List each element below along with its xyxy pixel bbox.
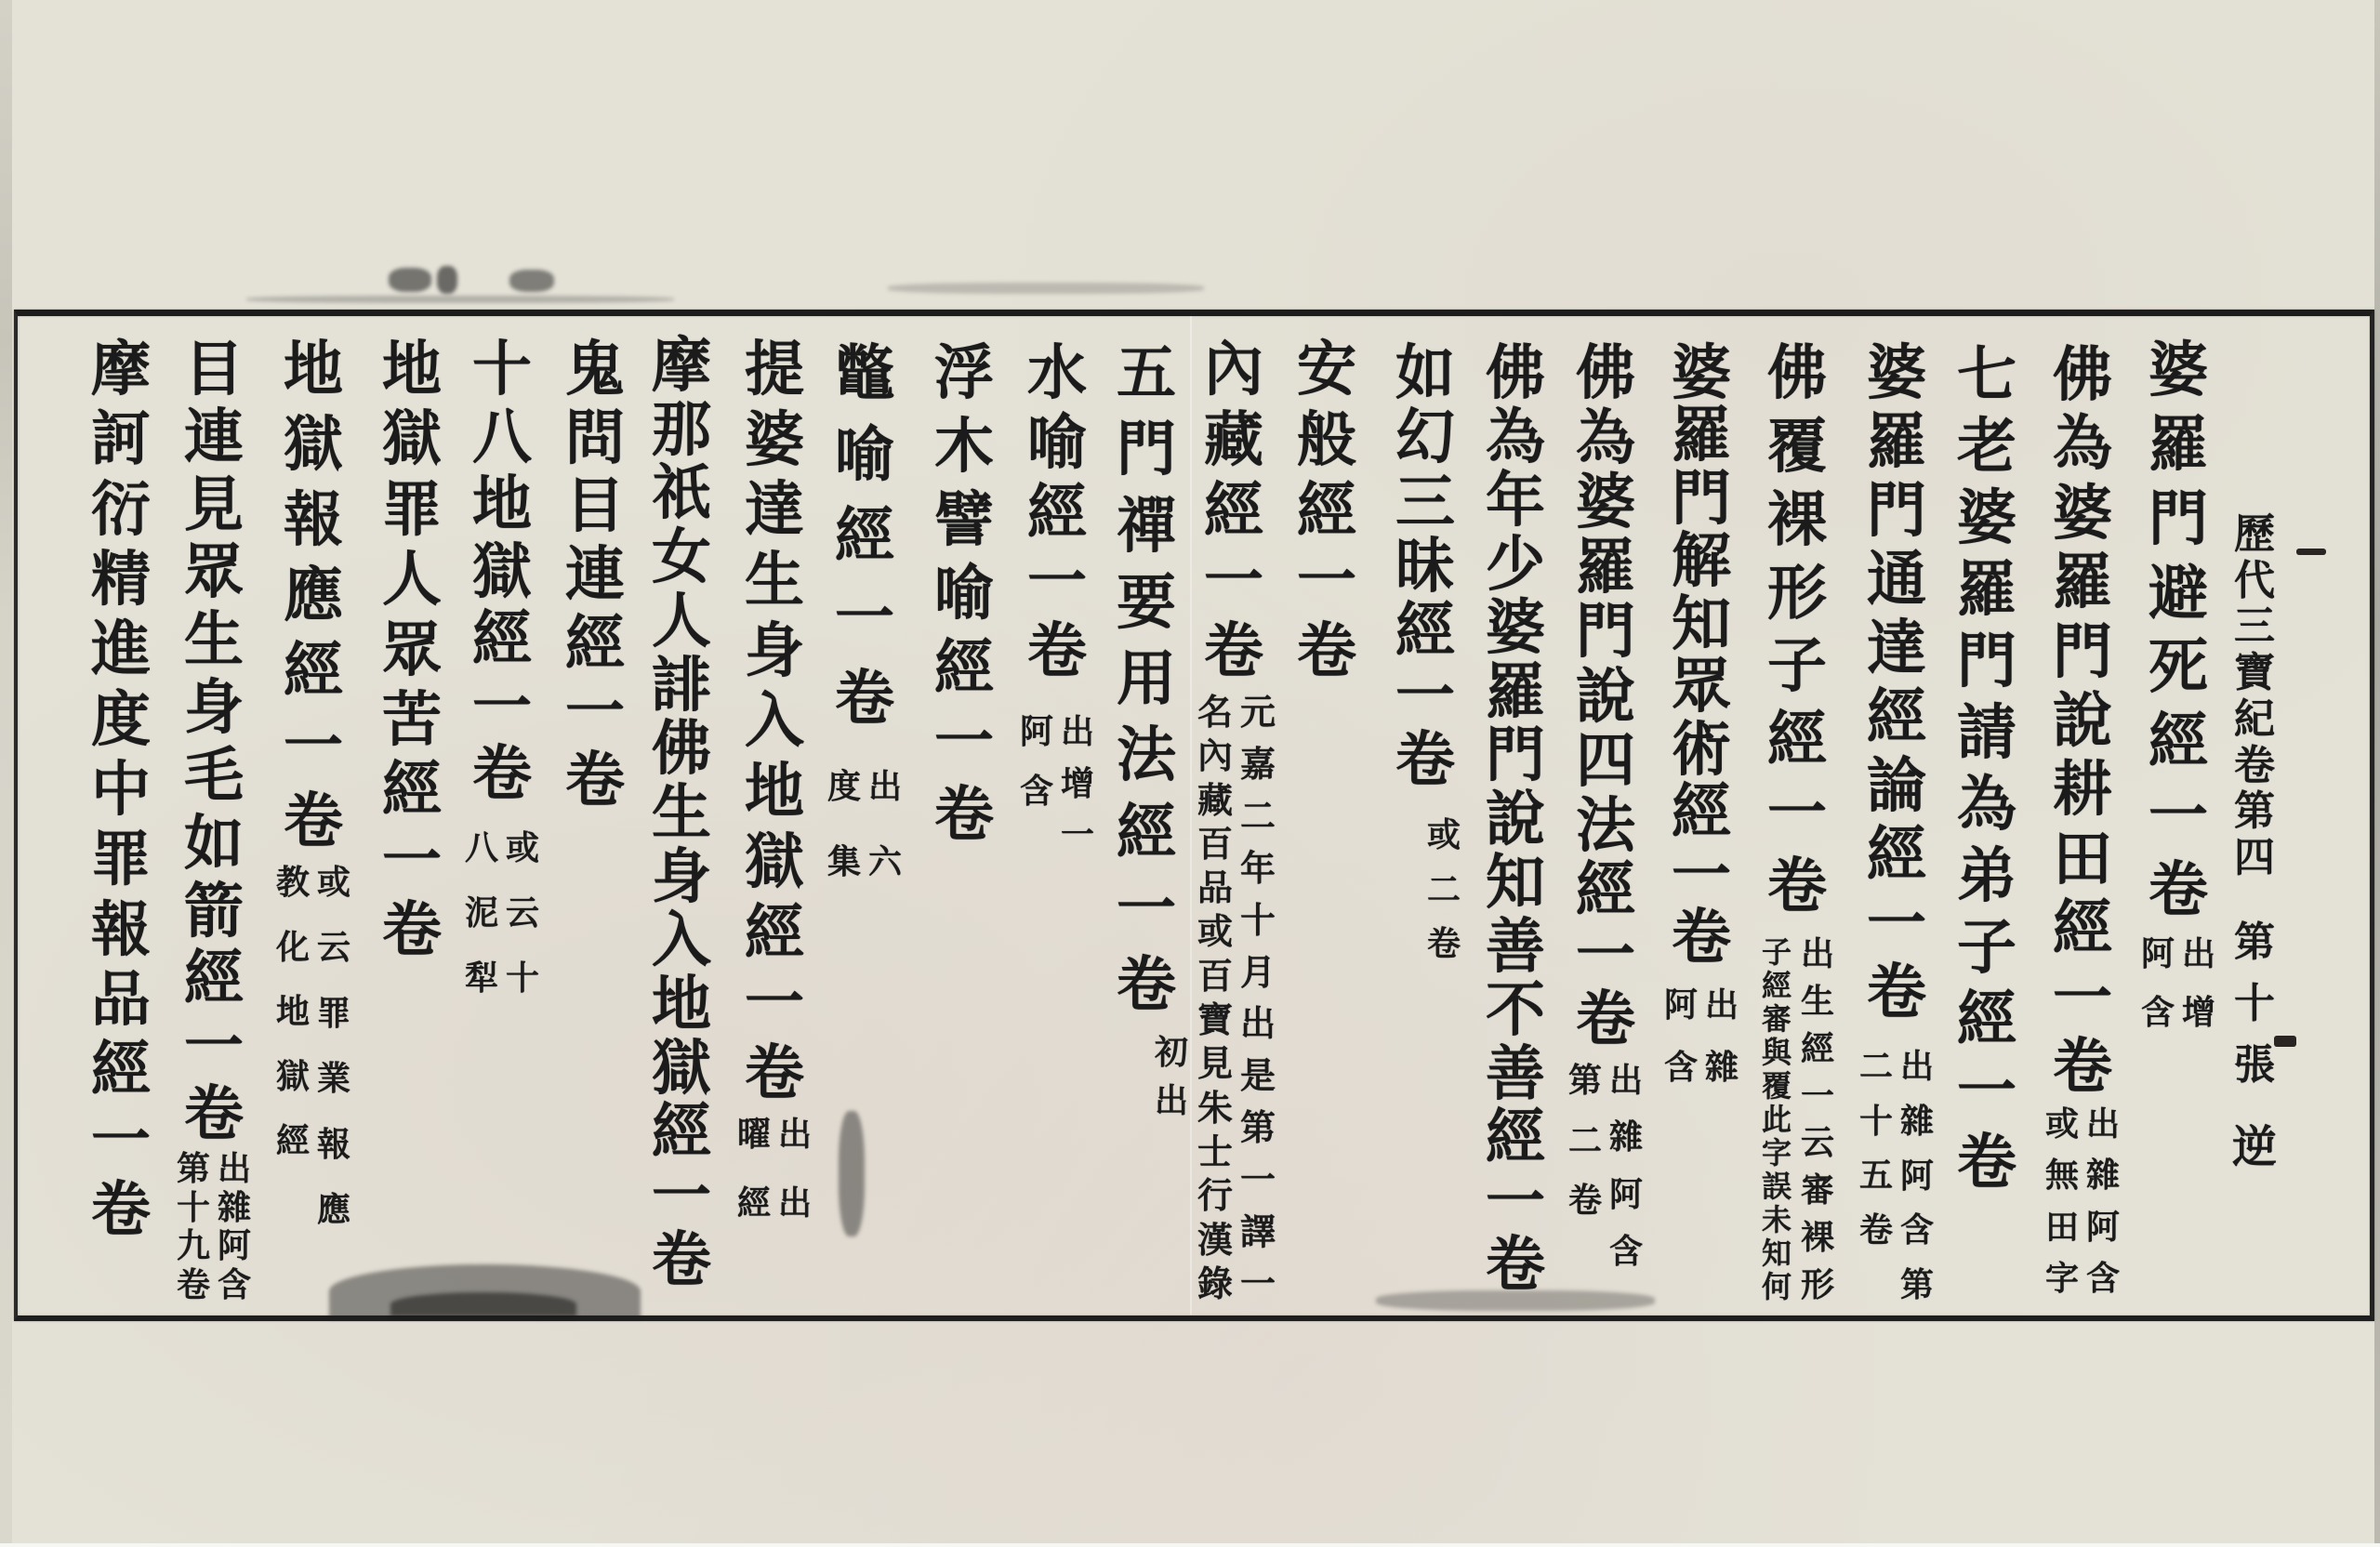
glyph: 經 [1797, 1032, 1838, 1065]
glyph: 朱 [1195, 1091, 1236, 1126]
glyph: 婆 [1474, 599, 1557, 658]
glyph: 門 [1104, 420, 1188, 480]
glyph: 品 [79, 971, 163, 1030]
text-column: 鬼問目連經一卷 [553, 340, 637, 811]
glyph: 寶 [2227, 653, 2282, 694]
glyph: 羅 [1659, 406, 1743, 466]
glyph: 羅 [1474, 663, 1557, 722]
glyph: 一 [553, 682, 637, 742]
glyph: 化 [272, 931, 313, 964]
glyph: 年 [1474, 471, 1557, 531]
glyph: 增 [2178, 996, 2219, 1029]
glyph: 誤 [1756, 1171, 1797, 1201]
glyph: 未 [1756, 1205, 1797, 1235]
glyph: 卷 [1856, 1213, 1897, 1247]
glyph: 婆 [1855, 344, 1938, 403]
scanned-woodblock-page: 歷代三寶紀卷第四 第十張 逆 婆羅門避死經一卷 出增 阿含 佛為婆羅門說耕田經一… [0, 0, 2380, 1547]
glyph: 十 [1856, 1104, 1897, 1138]
glyph: 箭 [172, 882, 256, 942]
glyph: 含 [2082, 1262, 2123, 1295]
glyph: 一 [1192, 551, 1276, 611]
glyph: 卷 [370, 901, 454, 960]
glyph: 那 [640, 401, 723, 460]
glyph: 眾 [172, 543, 256, 602]
glyph: 卷 [1474, 1236, 1557, 1295]
glyph: 善 [1474, 1045, 1557, 1104]
glyph: 內 [1195, 738, 1236, 773]
glyph: 二 [1237, 799, 1278, 834]
glyph: 經 [1015, 483, 1099, 543]
glyph: 一 [1797, 1079, 1838, 1113]
glyph: 五 [1104, 344, 1188, 403]
glyph: 逆 [2227, 1125, 2282, 1170]
annotation-right: 出增 [2178, 937, 2219, 1029]
glyph: 一 [1855, 894, 1938, 954]
glyph: 八 [460, 408, 544, 468]
glyph: 身 [733, 622, 816, 681]
glyph: 經 [370, 760, 454, 820]
glyph: 含 [2137, 996, 2178, 1029]
glyph: 鼈 [823, 344, 906, 403]
glyph: 目 [553, 477, 637, 536]
glyph: 法 [1104, 726, 1188, 786]
glyph: 中 [79, 760, 163, 820]
glyph: 身 [172, 679, 256, 738]
annotation-left: 子經審與覆此字誤未知何 [1756, 937, 1797, 1302]
glyph: 出 [865, 770, 906, 803]
glyph: 般 [1285, 411, 1368, 470]
glyph: 問 [553, 409, 637, 469]
right-page-edge [2374, 0, 2380, 1547]
glyph: 生 [172, 611, 256, 670]
glyph: 經 [922, 639, 1006, 698]
glyph: 第 [1565, 1064, 1606, 1097]
glyph: 婆 [1659, 344, 1743, 403]
glyph: 出 [1151, 1084, 1192, 1117]
glyph: 出 [2178, 937, 2219, 971]
glyph: 身 [640, 848, 723, 907]
glyph: 一 [922, 712, 1006, 772]
glyph: 一 [1564, 926, 1647, 985]
glyph: 知 [1756, 1238, 1797, 1268]
glyph: 錄 [1195, 1266, 1236, 1302]
glyph: 罪 [79, 830, 163, 890]
glyph: 門 [2041, 623, 2124, 682]
glyph: 業 [313, 1062, 354, 1095]
glyph: 是 [1237, 1058, 1278, 1093]
glyph: 苦 [370, 691, 454, 750]
glyph: 出 [1057, 715, 1098, 748]
glyph: 一 [1237, 1266, 1278, 1302]
glyph: 人 [370, 550, 454, 610]
text-column: 婆羅門解知眾術經一卷 [1659, 344, 1743, 968]
glyph: 應 [313, 1193, 354, 1226]
page-header-title: 歷代三寶紀卷第四 [2227, 514, 2282, 879]
glyph: 卷 [1285, 622, 1368, 681]
glyph: 善 [1474, 918, 1557, 977]
annotation-left: 二十五卷 [1856, 1050, 1897, 1247]
glyph: 或 [2042, 1107, 2082, 1141]
glyph: 無 [2042, 1158, 2082, 1192]
glyph: 人 [640, 592, 723, 652]
text-column: 目連見眾生身毛如箭經一卷 [172, 340, 256, 1144]
annotation-left: 度集 [824, 770, 865, 879]
glyph: 月 [1237, 955, 1278, 990]
glyph: 經 [1104, 803, 1188, 863]
glyph: 入 [640, 911, 723, 971]
glyph: 衍 [79, 481, 163, 540]
glyph: 佛 [640, 720, 723, 779]
glyph: 門 [1474, 726, 1557, 786]
glyph: 幻 [1383, 408, 1467, 468]
glyph: 應 [271, 566, 355, 626]
glyph: 經 [272, 1124, 313, 1157]
glyph: 眾 [1659, 657, 1743, 717]
glyph: 覆 [1755, 417, 1839, 477]
glyph: 罪 [370, 481, 454, 540]
case-mark: 逆 [2227, 1125, 2282, 1181]
glyph: 十 [2227, 984, 2282, 1025]
glyph: 眾 [370, 621, 454, 681]
glyph: 門 [1564, 602, 1647, 662]
glyph: 百 [1195, 959, 1236, 994]
glyph: 經 [1855, 688, 1938, 747]
glyph: 阿 [1897, 1159, 1937, 1193]
glyph: 一 [79, 1111, 163, 1170]
glyph: 生 [733, 551, 816, 611]
glyph: 出 [1897, 1050, 1937, 1083]
glyph: 連 [553, 546, 637, 605]
glyph: 不 [1474, 981, 1557, 1040]
glyph: 連 [172, 408, 256, 468]
glyph: 卷 [1564, 990, 1647, 1050]
glyph: 入 [733, 692, 816, 751]
annotation-right: 出雜阿含第 [1897, 1050, 1937, 1302]
glyph: 漢 [1195, 1223, 1236, 1258]
ink-smudge [437, 266, 457, 294]
glyph: 羅 [1945, 561, 2029, 620]
glyph: 羅 [2136, 416, 2220, 475]
glyph: 十 [173, 1191, 214, 1224]
glyph: 卷 [2041, 1038, 2124, 1097]
glyph: 一 [370, 831, 454, 891]
glyph: 提 [733, 340, 816, 400]
text-column: 佛為婆羅門說四法經一卷 [1564, 344, 1647, 1050]
glyph: 見 [172, 476, 256, 535]
glyph: 此 [1756, 1104, 1797, 1134]
glyph: 地 [272, 995, 313, 1028]
glyph: 度 [824, 770, 865, 803]
glyph: 報 [79, 901, 163, 960]
glyph: 九 [173, 1229, 214, 1263]
glyph: 獄 [460, 543, 544, 602]
glyph: 精 [79, 550, 163, 610]
glyph: 經 [2136, 712, 2220, 772]
annotation-right: 出增一 [1057, 715, 1098, 852]
glyph: 出 [1237, 1006, 1278, 1041]
glyph: 卷 [460, 745, 544, 804]
glyph: 字 [2042, 1262, 2082, 1295]
glyph: 論 [1855, 757, 1938, 816]
glyph: 耕 [2041, 760, 2124, 820]
glyph: 云 [502, 896, 543, 930]
text-column: 佛覆裸形子經一卷 [1755, 344, 1839, 917]
glyph: 卷 [271, 792, 355, 852]
glyph: 術 [1659, 721, 1743, 780]
glyph: 禪 [1104, 497, 1188, 557]
glyph: 浮 [922, 344, 1006, 403]
glyph: 老 [1945, 417, 2029, 477]
glyph: 經 [733, 904, 816, 963]
glyph: 藏 [1195, 783, 1236, 818]
glyph: 弟 [1945, 847, 2029, 906]
glyph: 一 [733, 973, 816, 1033]
glyph: 卷 [823, 669, 906, 729]
glyph: 形 [1797, 1268, 1838, 1302]
glyph: 田 [2042, 1210, 2082, 1244]
glyph: 嘉 [1237, 747, 1278, 782]
glyph: 集 [824, 845, 865, 879]
glyph: 門 [1659, 469, 1743, 529]
glyph: 婆 [2041, 484, 2124, 544]
annotation-right: 出雜阿含 [1606, 1064, 1646, 1268]
glyph: 裸 [1797, 1221, 1838, 1254]
glyph: 經 [1659, 783, 1743, 842]
glyph: 經 [1855, 826, 1938, 885]
annotation-left: 阿含 [2137, 937, 2178, 1029]
glyph: 知 [1474, 853, 1557, 913]
annotation-right: 元嘉二年十月出是第一譯一 [1237, 694, 1278, 1302]
glyph: 報 [313, 1128, 354, 1161]
text-column: 提婆達生身入地獄經一卷 [733, 340, 816, 1104]
glyph: 經 [1564, 861, 1647, 920]
glyph: 經 [640, 1103, 723, 1162]
glyph: 一 [1755, 784, 1839, 843]
glyph: 卷 [1015, 622, 1099, 681]
glyph: 田 [2041, 830, 2124, 890]
text-column: 水喻經一卷 [1015, 344, 1099, 681]
glyph: 死 [2136, 638, 2220, 697]
glyph: 喻 [1015, 414, 1099, 473]
glyph: 經 [460, 610, 544, 669]
glyph: 說 [2041, 692, 2124, 751]
glyph: 地 [271, 340, 355, 400]
glyph: 木 [922, 417, 1006, 477]
glyph: 一 [823, 588, 906, 648]
glyph: 一 [1104, 879, 1188, 939]
glyph: 經 [1285, 482, 1368, 541]
glyph: 一 [2136, 787, 2220, 846]
glyph: 經 [734, 1186, 774, 1220]
glyph: 阿 [214, 1229, 255, 1263]
glyph: 佛 [1474, 344, 1557, 403]
glyph: 請 [1945, 704, 2029, 763]
glyph: 婆 [1945, 489, 2029, 549]
glyph: 何 [1756, 1272, 1797, 1302]
carving-mark [2296, 549, 2326, 555]
glyph: 雜 [1701, 1051, 1742, 1084]
glyph: 云 [313, 931, 354, 964]
glyph: 三 [1383, 473, 1467, 533]
text-column: 摩那祇女人誹佛生身入地獄經一卷 [640, 337, 723, 1290]
annotation-right: 初出 [1151, 1036, 1192, 1117]
ink-speckle [246, 296, 674, 303]
annotation-right: 出六 [865, 770, 906, 879]
glyph: 十 [460, 340, 544, 400]
annotation-left: 八泥犁 [461, 831, 502, 995]
glyph: 進 [79, 620, 163, 680]
glyph: 行 [1195, 1178, 1236, 1213]
glyph: 經 [1474, 1108, 1557, 1168]
glyph: 阿 [1016, 715, 1057, 748]
glyph: 與 [1756, 1038, 1797, 1067]
glyph: 獄 [271, 416, 355, 475]
glyph: 一 [2041, 969, 2124, 1028]
glyph: 安 [1285, 340, 1368, 400]
glyph: 一 [1015, 552, 1099, 612]
glyph: 士 [1195, 1134, 1236, 1170]
glyph: 內 [1192, 340, 1276, 400]
glyph: 形 [1755, 564, 1839, 624]
glyph: 摩 [640, 337, 723, 396]
glyph: 代 [2227, 561, 2282, 602]
glyph: 經 [271, 641, 355, 701]
glyph: 達 [1855, 619, 1938, 679]
glyph: 卷 [2227, 746, 2282, 787]
glyph: 卷 [172, 1085, 256, 1144]
glyph: 見 [1195, 1046, 1236, 1081]
glyph: 罪 [313, 997, 354, 1030]
glyph: 經 [1756, 971, 1797, 1000]
glyph: 卷 [1192, 622, 1276, 681]
bottom-scan-margin [0, 1543, 2380, 1547]
glyph: 要 [1104, 574, 1188, 633]
glyph: 說 [1474, 790, 1557, 850]
glyph: 百 [1195, 826, 1236, 862]
glyph: 二 [1856, 1050, 1897, 1083]
annotation-left: 名內藏百品或百寶見朱士行漢錄 [1195, 694, 1236, 1302]
glyph: 曜 [734, 1117, 774, 1151]
glyph: 卷 [1565, 1183, 1606, 1217]
ink-smudge [509, 270, 554, 292]
glyph: 寶 [1195, 1002, 1236, 1038]
glyph: 五 [1856, 1158, 1897, 1192]
glyph: 經 [1383, 602, 1467, 661]
glyph: 說 [1564, 668, 1647, 727]
text-column: 如幻三昧經一卷 [1383, 344, 1467, 790]
text-column: 婆羅門通達經論經一卷 [1855, 344, 1938, 1023]
annotation-right: 出雜阿含 [2082, 1107, 2123, 1295]
glyph: 獄 [733, 833, 816, 892]
glyph: 卷 [553, 751, 637, 811]
glyph: 十 [1237, 903, 1278, 938]
glyph: 卷 [1945, 1133, 2029, 1193]
text-column: 七老婆羅門請為弟子經一卷 [1945, 346, 2029, 1193]
glyph: 出 [774, 1186, 815, 1220]
text-column: 摩訶衍精進度中罪報品經一卷 [79, 340, 163, 1240]
glyph: 佛 [2041, 346, 2124, 405]
glyph: 獄 [640, 1039, 723, 1099]
glyph: 喻 [823, 426, 906, 485]
glyph: 經 [79, 1040, 163, 1100]
glyph: 為 [1945, 775, 2029, 835]
glyph: 經 [172, 949, 256, 1009]
glyph: 品 [1195, 870, 1236, 906]
glyph: 譬 [922, 491, 1006, 550]
left-page-edge [0, 0, 12, 1547]
glyph: 出 [1797, 937, 1838, 971]
text-column: 五門禪要用法經一卷 [1104, 344, 1188, 1015]
annotation-left: 曜經 [734, 1117, 774, 1220]
glyph: 門 [1855, 482, 1938, 541]
glyph: 一 [1659, 846, 1743, 906]
glyph: 出 [774, 1117, 815, 1151]
glyph: 女 [640, 528, 723, 588]
glyph: 卷 [1423, 927, 1464, 960]
glyph: 阿 [1606, 1178, 1646, 1211]
glyph: 阿 [1660, 988, 1701, 1022]
text-column: 內藏經一卷 [1192, 340, 1276, 681]
annotation-left: 阿含 [1016, 715, 1057, 808]
glyph: 教 [272, 866, 313, 899]
glyph: 一 [1945, 1062, 2029, 1121]
glyph: 通 [1855, 550, 1938, 610]
glyph: 出 [2082, 1107, 2123, 1141]
glyph: 生 [1797, 985, 1838, 1018]
ink-smudge [389, 268, 431, 292]
glyph: 覆 [1756, 1071, 1797, 1101]
glyph: 獄 [370, 410, 454, 469]
glyph: 譯 [1237, 1214, 1278, 1249]
glyph: 犁 [461, 961, 502, 995]
annotation-left: 第二卷 [1565, 1064, 1606, 1217]
annotation-right: 或云十 [502, 831, 543, 995]
annotation-left: 或無田字 [2042, 1107, 2082, 1295]
glyph: 年 [1237, 851, 1278, 886]
glyph: 子 [1755, 637, 1839, 696]
glyph: 婆 [1564, 473, 1647, 533]
glyph: 八 [461, 831, 502, 865]
glyph: 喻 [922, 564, 1006, 624]
glyph: 審 [1797, 1173, 1838, 1207]
glyph: 為 [1474, 408, 1557, 468]
glyph: 達 [733, 481, 816, 540]
glyph: 知 [1659, 595, 1743, 654]
glyph: 阿 [2082, 1210, 2123, 1244]
glyph: 經 [1945, 990, 2029, 1050]
glyph: 為 [1564, 409, 1647, 469]
text-column: 地獄罪人眾苦經一卷 [370, 340, 454, 960]
glyph: 門 [1945, 632, 2029, 692]
glyph: 名 [1195, 694, 1236, 730]
annotation-left: 阿含 [1660, 988, 1701, 1084]
glyph: 卷 [733, 1044, 816, 1104]
glyph: 裸 [1755, 491, 1839, 550]
glyph: 獄 [272, 1060, 313, 1093]
glyph: 一 [271, 717, 355, 776]
glyph: 一 [1057, 818, 1098, 852]
glyph: 第 [2227, 791, 2282, 832]
glyph: 四 [1564, 732, 1647, 791]
glyph: 羅 [2041, 553, 2124, 613]
glyph: 卷 [1755, 857, 1839, 917]
glyph: 一 [460, 678, 544, 737]
glyph: 門 [2136, 490, 2220, 549]
glyph: 水 [1015, 344, 1099, 403]
glyph: 地 [640, 975, 723, 1035]
glyph: 第 [1897, 1268, 1937, 1302]
glyph: 度 [79, 691, 163, 750]
